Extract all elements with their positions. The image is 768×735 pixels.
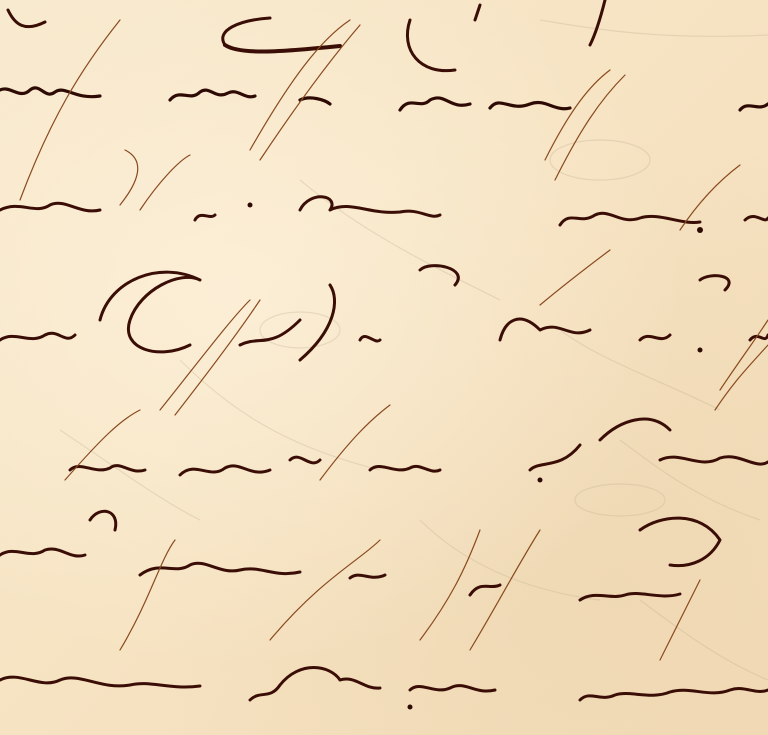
manuscript-page: …ge mußte gegessen u… …halten, u. Wandle…	[0, 0, 768, 735]
line-0-strokes	[8, 0, 605, 71]
transcription-line-2: …halten, u. Wandle macht…	[0, 215, 768, 216]
line-4-strokes	[70, 419, 768, 475]
transcription-line-6: …Kinder von mir gebad…	[0, 690, 768, 691]
transcription-line-3: …von Vessel zu Bett u. g…	[0, 335, 768, 336]
line-3-strokes	[0, 266, 768, 360]
transcription-line-4: behandelt mich. Wenn…	[0, 465, 768, 466]
line-6-strokes	[0, 668, 768, 701]
line-5-strokes	[0, 511, 720, 600]
transcription-line-1: …ge mußte gegessen u…	[0, 95, 768, 96]
line-2-strokes	[0, 197, 768, 225]
line-1-strokes	[0, 88, 768, 110]
handwriting-strokes	[0, 0, 768, 735]
transcription-line-5: …das gewiß … , so mußt…	[0, 575, 768, 576]
